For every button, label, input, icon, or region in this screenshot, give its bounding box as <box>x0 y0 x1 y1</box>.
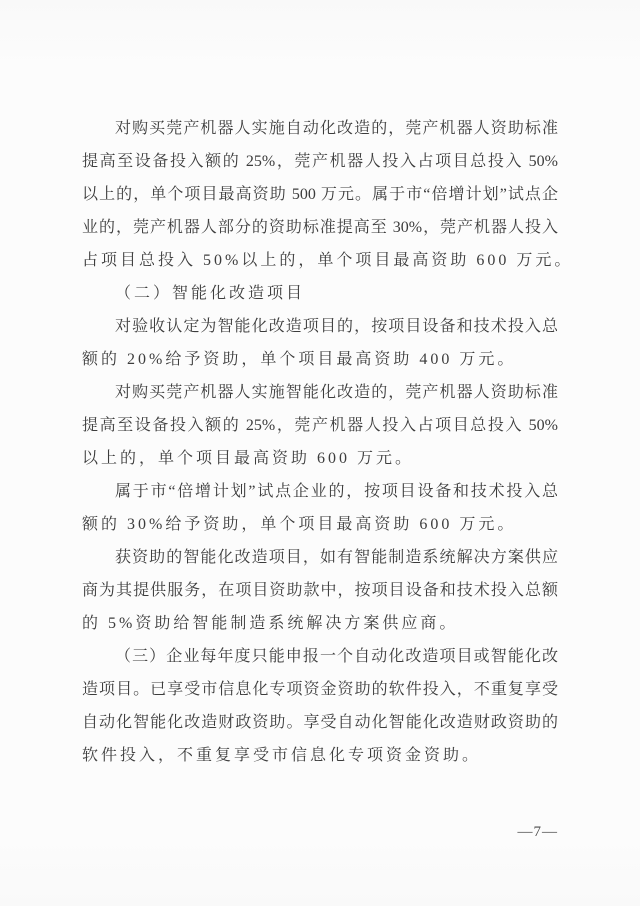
text-line: 占项目总投入 50%以上的，单个项目最高资助 600 万元。 <box>82 244 558 277</box>
text-line: 提高至设备投入额的 25%，莞产机器人投入占项目总投入 50% <box>82 409 558 442</box>
text-line: 以上的，单个项目最高资助 500 万元。属于市“倍增计划”试点企 <box>82 178 558 211</box>
text-line: 的 5%资助给智能制造系统解决方案供应商。 <box>82 607 558 640</box>
text-line: 以上的，单个项目最高资助 600 万元。 <box>82 442 558 475</box>
text-line: 软件投入，不重复享受市信息化专项资金资助。 <box>82 739 558 772</box>
text-line: 属于市“倍增计划”试点企业的，按项目设备和技术投入总 <box>82 475 558 508</box>
page-number: —7— <box>82 820 558 844</box>
text-line: 对验收认定为智能化改造项目的，按项目设备和技术投入总 <box>82 310 558 343</box>
document-body: 对购买莞产机器人实施自动化改造的，莞产机器人资助标准提高至设备投入额的 25%，… <box>82 112 558 772</box>
text-line: 业的，莞产机器人部分的资助标准提高至 30%，莞产机器人投入 <box>82 211 558 244</box>
text-line: 对购买莞产机器人实施自动化改造的，莞产机器人资助标准 <box>82 112 558 145</box>
text-line: 额的 30%给予资助，单个项目最高资助 600 万元。 <box>82 508 558 541</box>
document-page: 对购买莞产机器人实施自动化改造的，莞产机器人资助标准提高至设备投入额的 25%，… <box>0 0 640 906</box>
text-line: 获资助的智能化改造项目，如有智能制造系统解决方案供应 <box>82 541 558 574</box>
text-line: （二）智能化改造项目 <box>82 277 558 310</box>
text-line: （三）企业每年度只能申报一个自动化改造项目或智能化改 <box>82 640 558 673</box>
text-line: 造项目。已享受市信息化专项资金资助的软件投入，不重复享受 <box>82 673 558 706</box>
text-line: 额的 20%给予资助，单个项目最高资助 400 万元。 <box>82 343 558 376</box>
text-line: 商为其提供服务，在项目资助款中，按项目设备和技术投入总额 <box>82 574 558 607</box>
text-line: 提高至设备投入额的 25%，莞产机器人投入占项目总投入 50% <box>82 145 558 178</box>
text-line: 自动化智能化改造财政资助。享受自动化智能化改造财政资助的 <box>82 706 558 739</box>
text-line: 对购买莞产机器人实施智能化改造的，莞产机器人资助标准 <box>82 376 558 409</box>
